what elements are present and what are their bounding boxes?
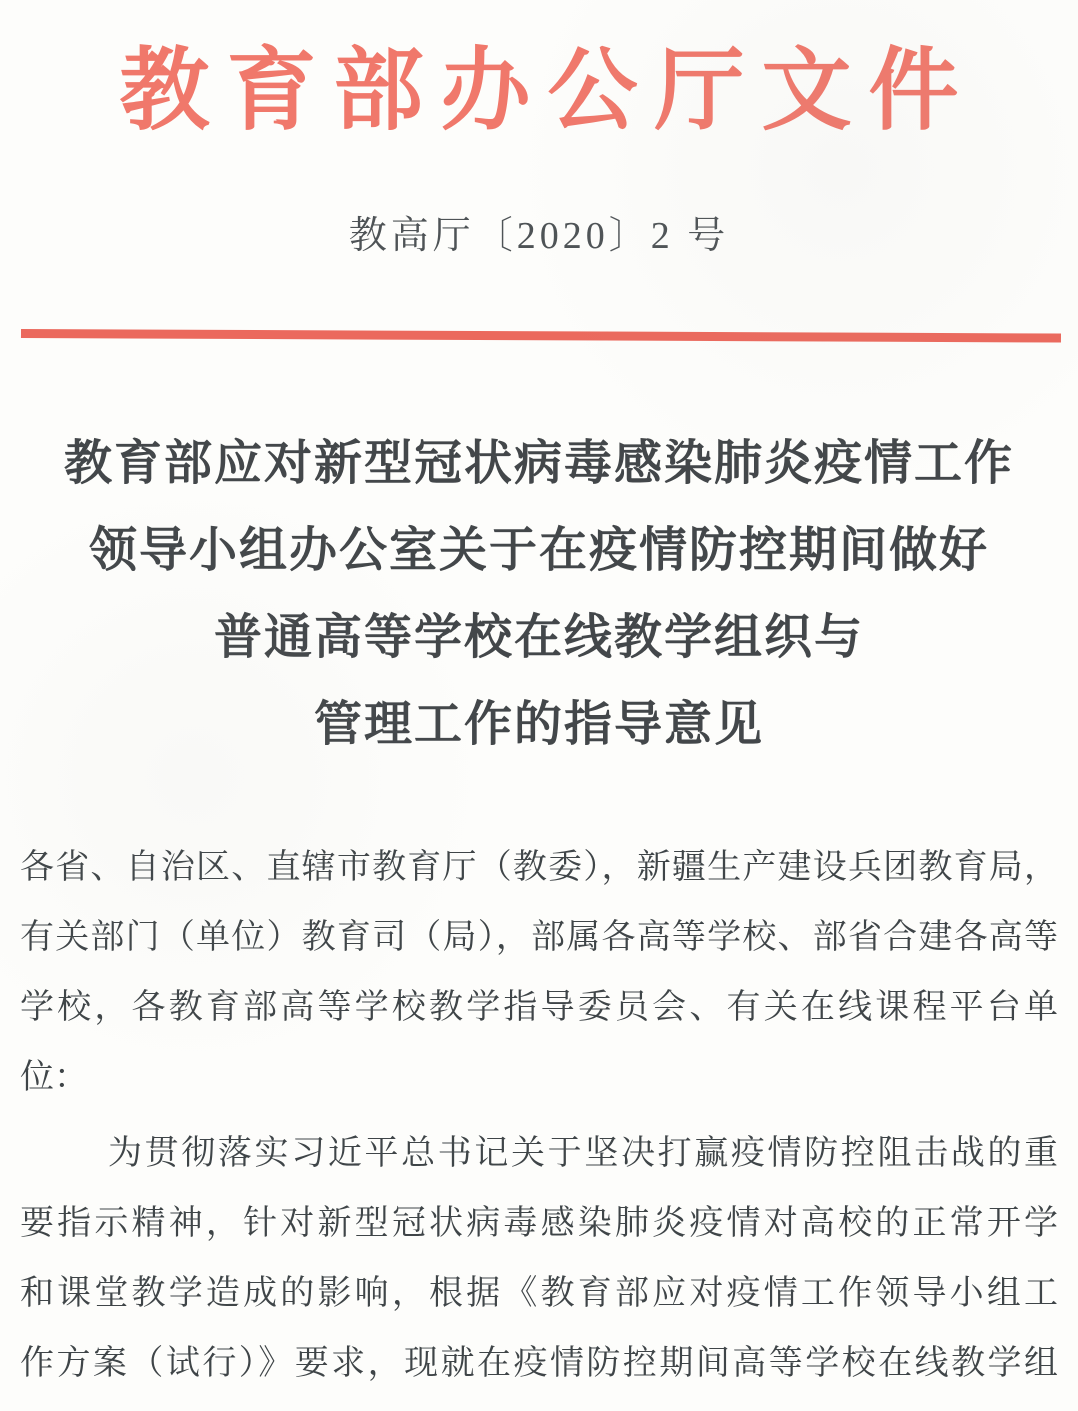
addressee-line-2: 有关部门（单位）教育司（局），部属各高等学校、部省合建各高等 [20, 903, 1058, 973]
intro-line-4: 作方案（试行）》要求，现就在疫情防控期间高等学校在线教学组 [20, 1329, 1058, 1399]
document-title-line-3: 普通高等学校在线教学组织与 [0, 594, 1078, 681]
intro-line-2: 要指示精神，针对新型冠状病毒感染肺炎疫情对高校的正常开学 [20, 1189, 1058, 1259]
addressee-line-4: 位： [20, 1043, 1058, 1113]
addressee-paragraph: 各省、自治区、直辖市教育厅（教委），新疆生产建设兵团教育局， 有关部门（单位）教… [20, 833, 1058, 1113]
document-body: 各省、自治区、直辖市教育厅（教委），新疆生产建设兵团教育局， 有关部门（单位）教… [20, 833, 1058, 1399]
intro-line-3: 和课堂教学造成的影响，根据《教育部应对疫情工作领导小组工 [20, 1259, 1058, 1329]
red-divider-line [21, 329, 1061, 343]
document-title: 教育部应对新型冠状病毒感染肺炎疫情工作 领导小组办公室关于在疫情防控期间做好 普… [0, 420, 1078, 768]
document-number: 教高厅〔2020〕2 号 [0, 212, 1078, 261]
document-title-line-1: 教育部应对新型冠状病毒感染肺炎疫情工作 [0, 420, 1078, 507]
addressee-line-3: 学校，各教育部高等学校教学指导委员会、有关在线课程平台单 [20, 973, 1058, 1043]
document-title-line-4: 管理工作的指导意见 [0, 681, 1078, 768]
document-header-title: 教育部办公厅文件 [0, 38, 1078, 146]
official-document-page: 教育部办公厅文件 教高厅〔2020〕2 号 教育部应对新型冠状病毒感染肺炎疫情工… [0, 0, 1078, 1411]
document-title-line-2: 领导小组办公室关于在疫情防控期间做好 [0, 507, 1078, 594]
intro-paragraph: 为贯彻落实习近平总书记关于坚决打赢疫情防控阻击战的重 要指示精神，针对新型冠状病… [20, 1119, 1058, 1399]
intro-line-1: 为贯彻落实习近平总书记关于坚决打赢疫情防控阻击战的重 [20, 1119, 1058, 1189]
addressee-line-1: 各省、自治区、直辖市教育厅（教委），新疆生产建设兵团教育局， [20, 833, 1058, 903]
